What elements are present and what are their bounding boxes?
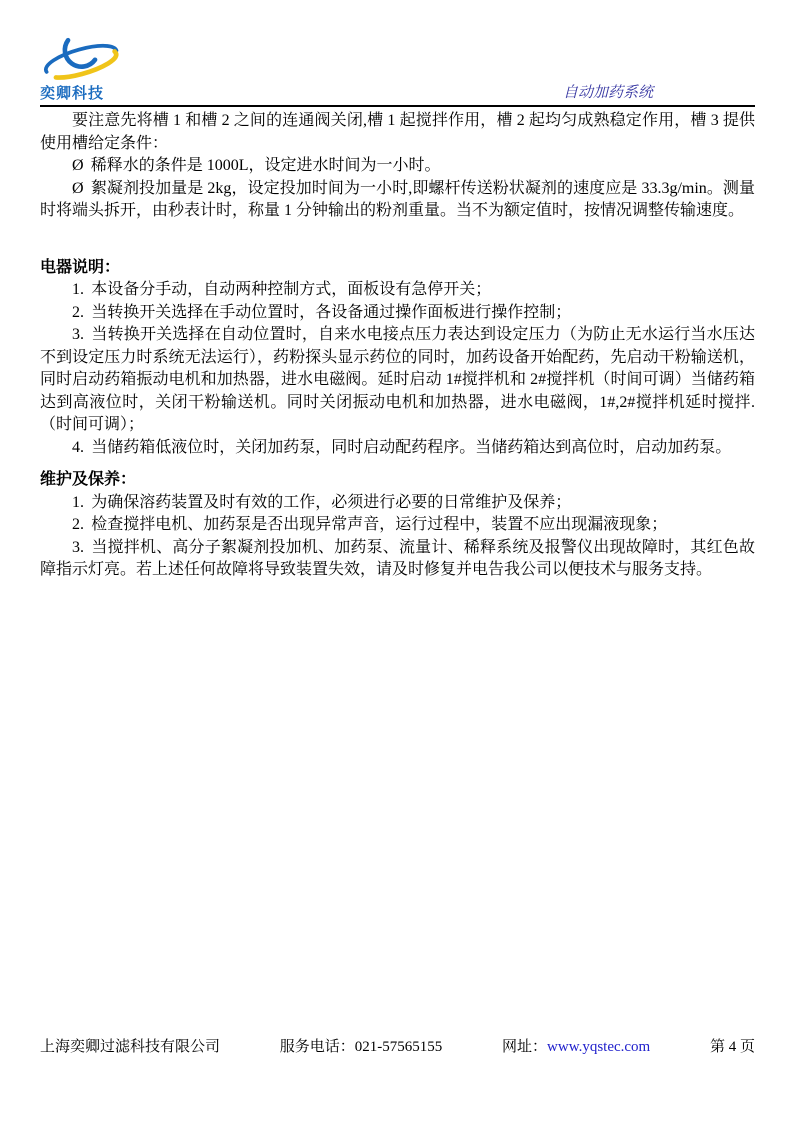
numbered-item: 3.当转换开关选择在自动位置时，自来水电接点压力表达到设定压力（为防止无水运行当… — [40, 324, 755, 437]
section-electrical: 电器说明： 1.本设备分手动，自动两种控制方式，面板设有急停开关； 2.当转换开… — [40, 257, 755, 460]
numbered-item: 1.为确保溶药装置及时有效的工作，必须进行必要的日常维护及保养； — [40, 492, 755, 515]
footer-phone-number: 021-57565155 — [355, 1039, 443, 1055]
header-rule — [40, 105, 755, 107]
company-logo: 奕卿科技 — [40, 30, 124, 103]
item-text: 检查搅拌电机、加药泵是否出现异常声音，运行过程中，装置不应出现漏液现象； — [91, 516, 667, 533]
footer-phone: 服务电话：021-57565155 — [280, 1035, 443, 1056]
section-heading: 维护及保养： — [40, 469, 755, 492]
page-header: 奕卿科技 自动加药系统 — [40, 0, 755, 103]
item-text: 当转换开关选择在自动位置时，自来水电接点压力表达到设定压力（为防止无水运行当水压… — [40, 326, 755, 433]
item-text: 当搅拌机、高分子絮凝剂投加机、加药泵、流量计、稀释系统及报警仪出现故障时，其红色… — [40, 539, 755, 579]
item-number: 1. — [72, 281, 84, 298]
intro-paragraph: 要注意先将槽 1 和槽 2 之间的连通阀关闭,槽 1 起搅拌作用，槽 2 起均匀… — [40, 110, 755, 155]
numbered-item: 4.当储药箱低液位时，关闭加药泵，同时启动配药程序。当储药箱达到高位时，启动加药… — [40, 437, 755, 460]
section-maintenance: 维护及保养： 1.为确保溶药装置及时有效的工作，必须进行必要的日常维护及保养； … — [40, 469, 755, 582]
document-page: 奕卿科技 自动加药系统 要注意先将槽 1 和槽 2 之间的连通阀关闭,槽 1 起… — [0, 0, 793, 1122]
footer-phone-label: 服务电话： — [280, 1039, 355, 1055]
page-footer: 上海奕卿过滤科技有限公司 服务电话：021-57565155 网址：www.yq… — [40, 1035, 755, 1056]
item-number: 4. — [72, 439, 84, 456]
item-text: 为确保溶药装置及时有效的工作，必须进行必要的日常维护及保养； — [91, 494, 571, 511]
item-text: 本设备分手动，自动两种控制方式，面板设有急停开关； — [91, 281, 491, 298]
logo-text: 奕卿科技 — [40, 82, 104, 103]
bullet-text: 絮凝剂投加量是 2kg，设定投加时间为一小时,即螺杆传送粉状凝剂的速度应是 33… — [40, 180, 755, 220]
item-number: 2. — [72, 304, 84, 321]
footer-website-link[interactable]: www.yqstec.com — [547, 1039, 650, 1055]
item-number: 3. — [72, 326, 84, 343]
document-body: 要注意先将槽 1 和槽 2 之间的连通阀关闭,槽 1 起搅拌作用，槽 2 起均匀… — [40, 110, 755, 582]
globe-swoosh-icon — [40, 30, 124, 84]
numbered-item: 2.当转换开关选择在手动位置时，各设备通过操作面板进行操作控制； — [40, 302, 755, 325]
footer-website: 网址：www.yqstec.com — [502, 1035, 650, 1056]
item-text: 当储药箱低液位时，关闭加药泵，同时启动配药程序。当储药箱达到高位时，启动加药泵。 — [91, 439, 731, 456]
bullet-item: Ø稀释水的条件是 1000L，设定进水时间为一小时。 — [40, 155, 755, 178]
document-title: 自动加药系统 — [563, 81, 653, 102]
item-number: 2. — [72, 516, 84, 533]
bullet-item: Ø絮凝剂投加量是 2kg，设定投加时间为一小时,即螺杆传送粉状凝剂的速度应是 3… — [40, 178, 755, 223]
numbered-item: 1.本设备分手动，自动两种控制方式，面板设有急停开关； — [40, 279, 755, 302]
item-text: 当转换开关选择在手动位置时，各设备通过操作面板进行操作控制； — [91, 304, 571, 321]
item-number: 1. — [72, 494, 84, 511]
numbered-item: 3.当搅拌机、高分子絮凝剂投加机、加药泵、流量计、稀释系统及报警仪出现故障时，其… — [40, 537, 755, 582]
footer-company: 上海奕卿过滤科技有限公司 — [40, 1035, 220, 1056]
footer-page-number: 第 4 页 — [710, 1035, 755, 1056]
bullet-text: 稀释水的条件是 1000L，设定进水时间为一小时。 — [91, 157, 441, 174]
section-heading: 电器说明： — [40, 257, 755, 280]
numbered-item: 2.检查搅拌电机、加药泵是否出现异常声音，运行过程中，装置不应出现漏液现象； — [40, 514, 755, 537]
item-number: 3. — [72, 539, 84, 556]
bullet-marker: Ø — [72, 157, 84, 174]
bullet-marker: Ø — [72, 180, 84, 197]
footer-website-label: 网址： — [502, 1039, 547, 1055]
